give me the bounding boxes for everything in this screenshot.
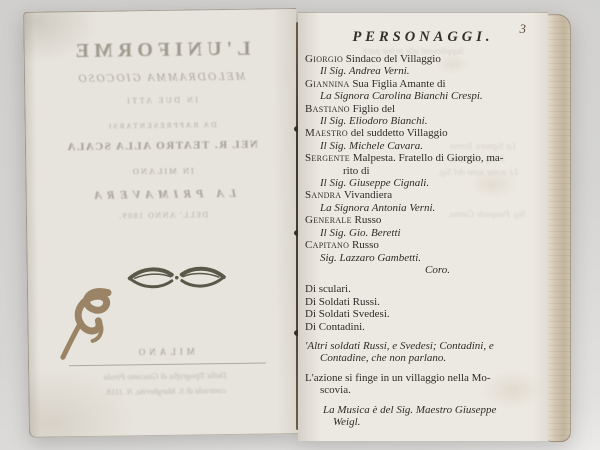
- cast-line: Il Sig. Eliodoro Bianchi.: [320, 115, 539, 127]
- cast-line: Capitano Russo: [305, 239, 539, 251]
- cast-gap: [305, 333, 539, 340]
- bleedthrough-imprint-line: Dalla Tipografia di Giacomo Pirola: [29, 369, 301, 383]
- bleedthrough-line: DELL' ANNO 1809.: [27, 209, 299, 222]
- cast-line: Il Sig. Michele Cavara.: [320, 140, 539, 152]
- left-page: L'UNIFORMEMELODRAMMA GIOCOSOIN DUE ATTID…: [23, 8, 302, 438]
- cast-line: Di Soldati Russi.: [305, 296, 539, 308]
- cast-line: Sandra Vivandiera: [305, 189, 539, 201]
- printer-ornament-icon: [127, 262, 227, 293]
- cast-line: La Signora Antonia Verni.: [320, 202, 539, 214]
- bleedthrough-title: L'UNIFORMEMELODRAMMA GIOCOSOIN DUE ATTID…: [24, 9, 296, 13]
- cast-line: Bastiano Figlio del: [305, 103, 539, 115]
- imprint-rule: [69, 362, 266, 366]
- character-name: Giorgio: [305, 53, 343, 65]
- cast-line: Giorgio Sindaco del Villaggio: [305, 53, 539, 65]
- character-name: Bastiano: [305, 103, 350, 115]
- cast-line: La Signora Carolina Bianchi Crespi.: [320, 90, 539, 102]
- bleedthrough-line: DA RAPPRESENTARSI: [26, 119, 298, 132]
- cast-gap: [305, 397, 539, 404]
- cast-line: L'azione si finge in un villaggio nella …: [305, 372, 539, 384]
- cast-list: Giorgio Sindaco del VillaggioIl Sig. And…: [305, 53, 539, 428]
- cast-line: Coro.: [425, 264, 539, 276]
- character-name: Generale: [305, 214, 352, 226]
- bleedthrough-imprint-line: contrada di S. Margherita, N. 1118.: [29, 384, 301, 398]
- cast-line: Giannina Sua Figlia Amante di: [305, 78, 539, 90]
- cast-gap: [305, 276, 539, 283]
- cast-line: Contadine, che non parlano.: [320, 352, 539, 364]
- cast-line: Maestro del suddetto Villaggio: [305, 127, 539, 139]
- cast-line: 'Altri soldati Russi, e Svedesi; Contadi…: [305, 340, 539, 352]
- bleedthrough-line: IN MILANO: [26, 164, 298, 178]
- personaggi-heading: PERSONAGGI.: [298, 29, 548, 46]
- libretto-book: L'UNIFORMEMELODRAMMA GIOCOSOIN DUE ATTID…: [24, 6, 570, 442]
- cast-line: scovia.: [320, 384, 539, 396]
- cast-gap: [305, 365, 539, 372]
- cast-line: rito di: [343, 165, 539, 177]
- cast-line: La Musica è del Sig. Maestro Giuseppe: [323, 404, 539, 416]
- bleedthrough-line: MELODRAMMA GIOCOSO: [25, 70, 297, 86]
- right-page: 3 PERSONAGGI. Supplimenti alle prime par…: [298, 12, 548, 441]
- character-name: Sandra: [305, 189, 341, 201]
- character-name: Capitano: [305, 239, 349, 251]
- cast-line: Il Sig. Gio. Beretti: [320, 227, 539, 239]
- character-name: Sergente: [305, 152, 350, 164]
- cast-line: Il Sig. Giuseppe Cignali.: [320, 177, 539, 189]
- page-edge-stack: [548, 14, 571, 442]
- bleedthrough-line: IN DUE ATTI: [25, 94, 297, 107]
- cast-line: Sergente Malpesta. Fratello di Giorgio, …: [305, 152, 539, 164]
- cast-line: Generale Russo: [305, 214, 539, 226]
- cast-line: Weigl.: [333, 416, 539, 428]
- bleedthrough-line: L'UNIFORME: [24, 37, 296, 64]
- bleedthrough-line: NEL R. TEATRO ALLA SCALA: [26, 138, 298, 154]
- character-name: Maestro: [305, 127, 348, 139]
- character-name: Giannina: [305, 78, 350, 90]
- cast-line: Di sculari.: [305, 283, 539, 295]
- cast-line: Di Contadini.: [305, 321, 539, 333]
- cast-line: Di Soldati Svedesi.: [305, 308, 539, 320]
- cast-line: Il Sig. Andrea Verni.: [320, 65, 539, 77]
- bleedthrough-line: LA PRIMAVERA: [27, 185, 299, 204]
- cast-line: Sig. Lazzaro Gambetti.: [320, 252, 539, 264]
- photo-backdrop: L'UNIFORMEMELODRAMMA GIOCOSOIN DUE ATTID…: [0, 0, 600, 450]
